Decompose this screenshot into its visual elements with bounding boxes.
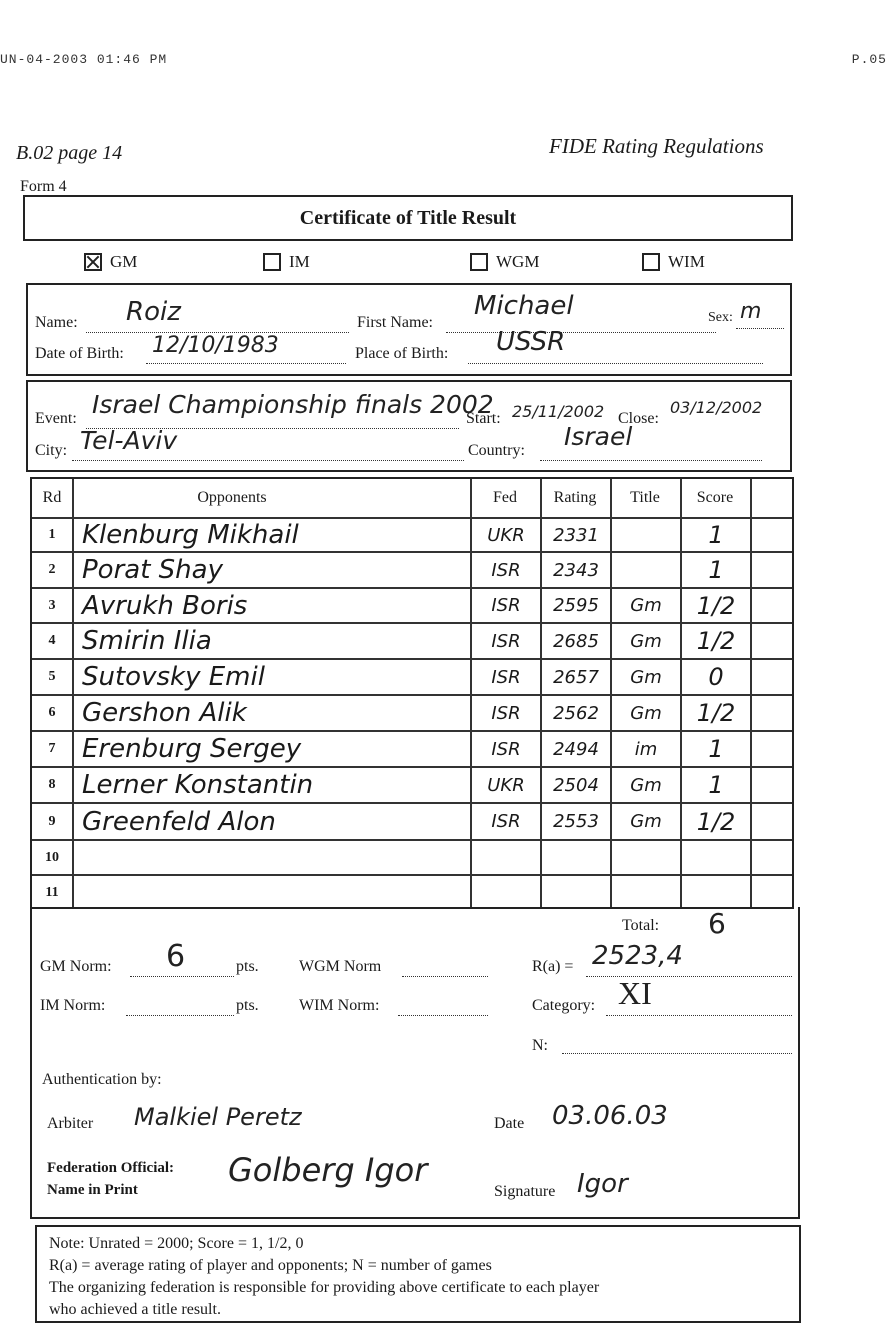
- unchecked-box-icon: [470, 253, 488, 271]
- opponent-fed[interactable]: ISR: [472, 553, 540, 587]
- opponent-name[interactable]: Porat Shay: [72, 553, 223, 587]
- opponent-rating[interactable]: 2504: [542, 768, 610, 802]
- opponent-rating[interactable]: 2657: [542, 660, 610, 694]
- pts-label: pts.: [236, 997, 259, 1015]
- im-norm-line: [126, 1014, 234, 1016]
- opponent-title[interactable]: Gm: [612, 696, 680, 730]
- game-score[interactable]: 0: [682, 660, 750, 694]
- game-score[interactable]: 1/2: [682, 696, 750, 730]
- name-in-print-label: Name in Print: [47, 1182, 138, 1199]
- first-name-value[interactable]: Michael: [474, 291, 574, 321]
- federation-official-label: Federation Official:: [47, 1160, 174, 1177]
- checkbox-wgm[interactable]: WGM: [470, 252, 539, 272]
- opponent-title[interactable]: Gm: [612, 589, 680, 622]
- round-number: 7: [32, 732, 72, 766]
- opponent-rating[interactable]: 2494: [542, 732, 610, 766]
- opponent-title[interactable]: Gm: [612, 624, 680, 658]
- opponent-rating[interactable]: 2343: [542, 553, 610, 587]
- round-number: 11: [32, 876, 72, 909]
- game-score[interactable]: 1: [682, 732, 750, 766]
- note-line: The organizing federation is responsible…: [49, 1277, 787, 1299]
- city-line: [72, 459, 464, 461]
- opponent-name[interactable]: Sutovsky Emil: [72, 660, 265, 694]
- name-label: Name:: [35, 314, 78, 332]
- total-value[interactable]: 6: [708, 907, 726, 940]
- first-name-label: First Name:: [357, 314, 433, 332]
- round-number: 3: [32, 589, 72, 622]
- opponent-name[interactable]: Lerner Konstantin: [72, 768, 313, 802]
- city-value[interactable]: Tel-Aviv: [80, 426, 177, 455]
- signature-label: Signature: [494, 1183, 555, 1201]
- country-line: [540, 459, 762, 461]
- opponent-rating[interactable]: 2331: [542, 519, 610, 551]
- round-number: 4: [32, 624, 72, 658]
- fax-page-number: P.05: [852, 52, 887, 67]
- opponent-rating[interactable]: 2553: [542, 804, 610, 839]
- results-table: Rd Opponents Fed Rating Title Score 1 Kl…: [30, 477, 794, 909]
- date-label: Date: [494, 1115, 524, 1133]
- country-label: Country:: [468, 442, 525, 460]
- opponent-name[interactable]: Gershon Alik: [72, 696, 247, 730]
- round-number: 9: [32, 804, 72, 839]
- form-number: Form 4: [20, 178, 67, 196]
- header-opponents: Opponents: [72, 479, 392, 517]
- table-row: 10: [32, 841, 792, 876]
- certificate-title-text: Certificate of Title Result: [300, 207, 516, 230]
- opponent-fed[interactable]: UKR: [472, 768, 540, 802]
- gm-norm-label: GM Norm:: [40, 958, 112, 976]
- opponent-rating[interactable]: 2685: [542, 624, 610, 658]
- round-number: 6: [32, 696, 72, 730]
- game-score[interactable]: 1/2: [682, 804, 750, 839]
- opponent-name[interactable]: Greenfeld Alon: [72, 804, 276, 839]
- notes-box: Note: Unrated = 2000; Score = 1, 1/2, 0 …: [35, 1225, 801, 1323]
- authentication-heading: Authentication by:: [42, 1071, 162, 1089]
- opponent-rating[interactable]: 2562: [542, 696, 610, 730]
- opponent-title[interactable]: Gm: [612, 660, 680, 694]
- table-row: 11: [32, 876, 792, 909]
- table-row: 3 Avrukh Boris ISR 2595 Gm 1/2: [32, 589, 792, 624]
- round-number: 2: [32, 553, 72, 587]
- table-row: 1 Klenburg Mikhail UKR 2331 1: [32, 519, 792, 553]
- category-line: [606, 1014, 792, 1016]
- table-row: 6 Gershon Alik ISR 2562 Gm 1/2: [32, 696, 792, 732]
- federation-official-name[interactable]: Golberg Igor: [228, 1151, 427, 1189]
- arbiter-name[interactable]: Malkiel Peretz: [134, 1103, 302, 1131]
- header-rd: Rd: [32, 479, 72, 517]
- ra-line: [586, 975, 792, 977]
- opponent-fed[interactable]: ISR: [472, 589, 540, 622]
- event-info-panel: Event: Israel Championship finals 2002 S…: [26, 380, 792, 472]
- game-score[interactable]: 1: [682, 519, 750, 551]
- wgm-norm-line: [402, 975, 488, 977]
- sex-line: [736, 327, 784, 329]
- first-name-line: [446, 331, 716, 333]
- opponent-name[interactable]: Erenburg Sergey: [72, 732, 301, 766]
- game-score[interactable]: 1: [682, 553, 750, 587]
- name-value[interactable]: Roiz: [126, 297, 181, 327]
- table-row: 5 Sutovsky Emil ISR 2657 Gm 0: [32, 660, 792, 696]
- opponent-fed[interactable]: ISR: [472, 624, 540, 658]
- header-fed: Fed: [470, 479, 540, 517]
- city-label: City:: [35, 442, 67, 460]
- gm-norm-value[interactable]: 6: [166, 939, 185, 974]
- im-norm-label: IM Norm:: [40, 997, 105, 1015]
- unchecked-box-icon: [263, 253, 281, 271]
- checkbox-im[interactable]: IM: [263, 252, 310, 272]
- table-row: 8 Lerner Konstantin UKR 2504 Gm 1: [32, 768, 792, 804]
- event-value[interactable]: Israel Championship finals 2002: [92, 390, 494, 419]
- round-number: 8: [32, 768, 72, 802]
- game-score[interactable]: 1: [682, 768, 750, 802]
- opponent-title[interactable]: im: [612, 732, 680, 766]
- player-info-panel: Name: Roiz First Name: Michael Sex: m Da…: [26, 283, 792, 376]
- sex-value[interactable]: m: [740, 299, 761, 324]
- opponent-fed[interactable]: UKR: [472, 519, 540, 551]
- pob-value[interactable]: USSR: [496, 327, 565, 357]
- checkbox-label: WGM: [496, 252, 539, 272]
- summary-panel: Total: 6 GM Norm: 6 pts. WGM Norm R(a) =…: [30, 907, 800, 1219]
- dob-line: [146, 362, 346, 364]
- category-label: Category:: [532, 997, 595, 1015]
- sex-label: Sex:: [708, 310, 733, 326]
- checked-box-icon: [84, 253, 102, 271]
- close-value[interactable]: 03/12/2002: [670, 398, 762, 417]
- start-label: Start:: [466, 410, 501, 428]
- start-value[interactable]: 25/11/2002: [512, 402, 604, 421]
- wgm-norm-label: WGM Norm: [299, 958, 381, 976]
- opponent-title[interactable]: Gm: [612, 768, 680, 802]
- opponent-title[interactable]: [612, 519, 680, 551]
- category-value[interactable]: XI: [618, 975, 652, 1012]
- round-number: 5: [32, 660, 72, 694]
- table-row: 9 Greenfeld Alon ISR 2553 Gm 1/2: [32, 804, 792, 841]
- game-score[interactable]: 1/2: [682, 624, 750, 658]
- page-reference: B.02 page 14: [16, 142, 122, 165]
- round-number: 10: [32, 841, 72, 874]
- checkbox-wim[interactable]: WIM: [642, 252, 705, 272]
- gm-norm-line: [130, 975, 234, 977]
- game-score[interactable]: 1/2: [682, 589, 750, 622]
- title-type-options: GM IM WGM WIM: [0, 252, 887, 278]
- note-line: who achieved a title result.: [49, 1299, 787, 1321]
- opponent-name[interactable]: [72, 841, 82, 874]
- certificate-title: Certificate of Title Result: [23, 195, 793, 241]
- date-value[interactable]: 03.06.03: [552, 1101, 668, 1131]
- wim-norm-label: WIM Norm:: [299, 997, 379, 1015]
- opponent-name[interactable]: Smirin Ilia: [72, 624, 212, 658]
- dob-label: Date of Birth:: [35, 345, 124, 363]
- opponent-title[interactable]: [612, 553, 680, 587]
- opponent-title[interactable]: Gm: [612, 804, 680, 839]
- opponent-fed[interactable]: ISR: [472, 660, 540, 694]
- checkbox-gm[interactable]: GM: [84, 252, 137, 272]
- header-score: Score: [680, 479, 750, 517]
- dob-value[interactable]: 12/10/1983: [152, 333, 279, 358]
- note-line: R(a) = average rating of player and oppo…: [49, 1255, 787, 1277]
- country-value[interactable]: Israel: [564, 422, 632, 451]
- n-line: [562, 1052, 792, 1054]
- n-label: N:: [532, 1037, 548, 1055]
- signature-value[interactable]: Igor: [577, 1169, 628, 1199]
- total-label: Total:: [622, 917, 659, 935]
- table-row: 7 Erenburg Sergey ISR 2494 im 1: [32, 732, 792, 768]
- pob-line: [468, 362, 763, 364]
- pts-label: pts.: [236, 958, 259, 976]
- opponent-name[interactable]: Avrukh Boris: [72, 589, 247, 622]
- opponent-fed[interactable]: ISR: [472, 696, 540, 730]
- opponent-fed[interactable]: ISR: [472, 804, 540, 839]
- wim-norm-line: [398, 1014, 488, 1016]
- header-rating: Rating: [540, 479, 610, 517]
- table-header: Rd Opponents Fed Rating Title Score: [32, 479, 792, 519]
- header-title: Title: [610, 479, 680, 517]
- arbiter-label: Arbiter: [47, 1115, 93, 1133]
- round-number: 1: [32, 519, 72, 551]
- opponent-rating[interactable]: 2595: [542, 589, 610, 622]
- checkbox-label: WIM: [668, 252, 705, 272]
- opponent-name[interactable]: [72, 876, 82, 909]
- table-row: 4 Smirin Ilia ISR 2685 Gm 1/2: [32, 624, 792, 660]
- opponent-name[interactable]: Klenburg Mikhail: [72, 519, 299, 551]
- fax-timestamp: UN-04-2003 01:46 PM: [0, 52, 167, 67]
- pob-label: Place of Birth:: [355, 345, 448, 363]
- unchecked-box-icon: [642, 253, 660, 271]
- note-line: Note: Unrated = 2000; Score = 1, 1/2, 0: [49, 1233, 787, 1255]
- event-label: Event:: [35, 410, 77, 428]
- document-series-title: FIDE Rating Regulations: [549, 134, 764, 159]
- table-row: 2 Porat Shay ISR 2343 1: [32, 553, 792, 589]
- checkbox-label: IM: [289, 252, 310, 272]
- ra-label: R(a) =: [532, 958, 573, 976]
- opponent-fed[interactable]: ISR: [472, 732, 540, 766]
- checkbox-label: GM: [110, 252, 137, 272]
- ra-value[interactable]: 2523,4: [592, 941, 683, 971]
